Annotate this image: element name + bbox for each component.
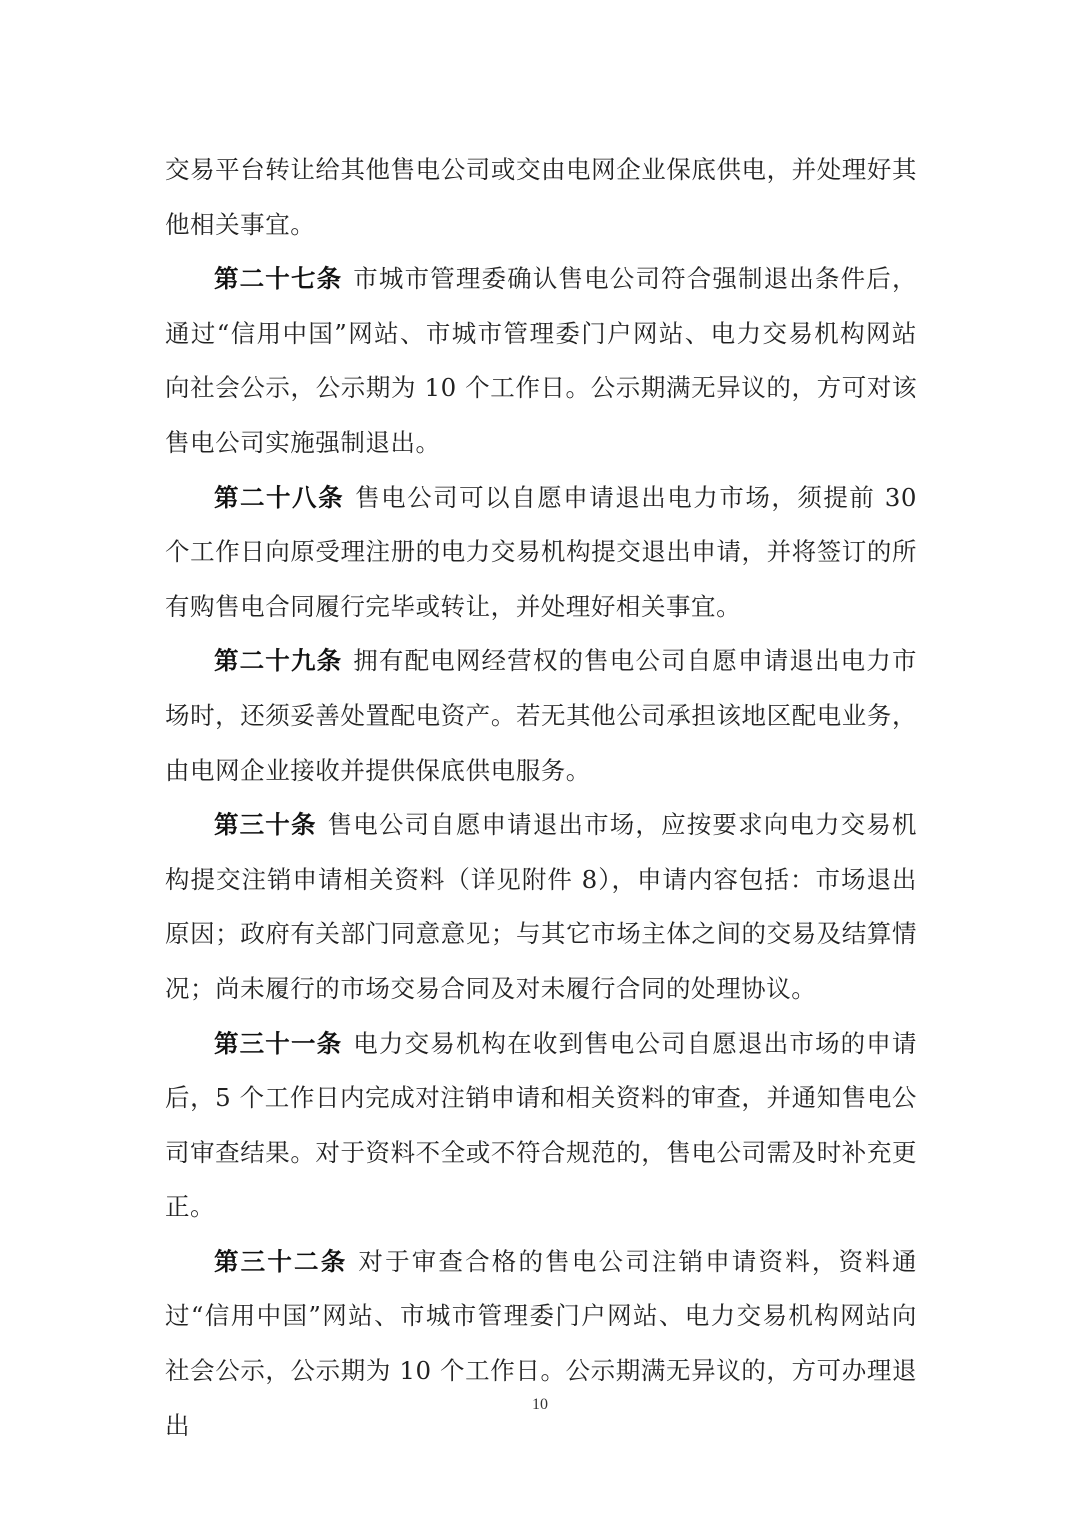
- page-number: 10: [0, 1396, 1080, 1414]
- article-31: 第三十一条电力交易机构在收到售电公司自愿退出市场的申请后，5 个工作日内完成对注…: [165, 1017, 917, 1235]
- article-number: 第二十八条: [214, 483, 344, 512]
- document-page: 交易平台转让给其他售电公司或交由电网企业保底供电，并处理好其他相关事宜。 第二十…: [165, 143, 917, 1453]
- article-number: 第三十一条: [214, 1029, 342, 1058]
- article-number: 第三十条: [214, 810, 317, 839]
- paragraph-text: 市城市管理委确认售电公司符合强制退出条件后，通过“信用中国”网站、市城市管理委门…: [165, 264, 917, 457]
- article-27: 第二十七条市城市管理委确认售电公司符合强制退出条件后，通过“信用中国”网站、市城…: [165, 252, 917, 470]
- article-number: 第三十二条: [214, 1247, 347, 1276]
- paragraph-continuation: 交易平台转让给其他售电公司或交由电网企业保底供电，并处理好其他相关事宜。: [165, 143, 917, 252]
- paragraph-text: 售电公司自愿申请退出市场，应按要求向电力交易机构提交注销申请相关资料（详见附件 …: [165, 810, 917, 1003]
- article-number: 第二十七条: [214, 264, 342, 293]
- article-32: 第三十二条对于审查合格的售电公司注销申请资料，资料通过“信用中国”网站、市城市管…: [165, 1235, 917, 1453]
- article-28: 第二十八条售电公司可以自愿申请退出电力市场，须提前 30 个工作日向原受理注册的…: [165, 471, 917, 635]
- article-30: 第三十条售电公司自愿申请退出市场，应按要求向电力交易机构提交注销申请相关资料（详…: [165, 798, 917, 1016]
- article-number: 第二十九条: [214, 646, 342, 675]
- paragraph-text: 交易平台转让给其他售电公司或交由电网企业保底供电，并处理好其他相关事宜。: [165, 155, 917, 239]
- article-29: 第二十九条拥有配电网经营权的售电公司自愿申请退出电力市场时，还须妥善处置配电资产…: [165, 634, 917, 798]
